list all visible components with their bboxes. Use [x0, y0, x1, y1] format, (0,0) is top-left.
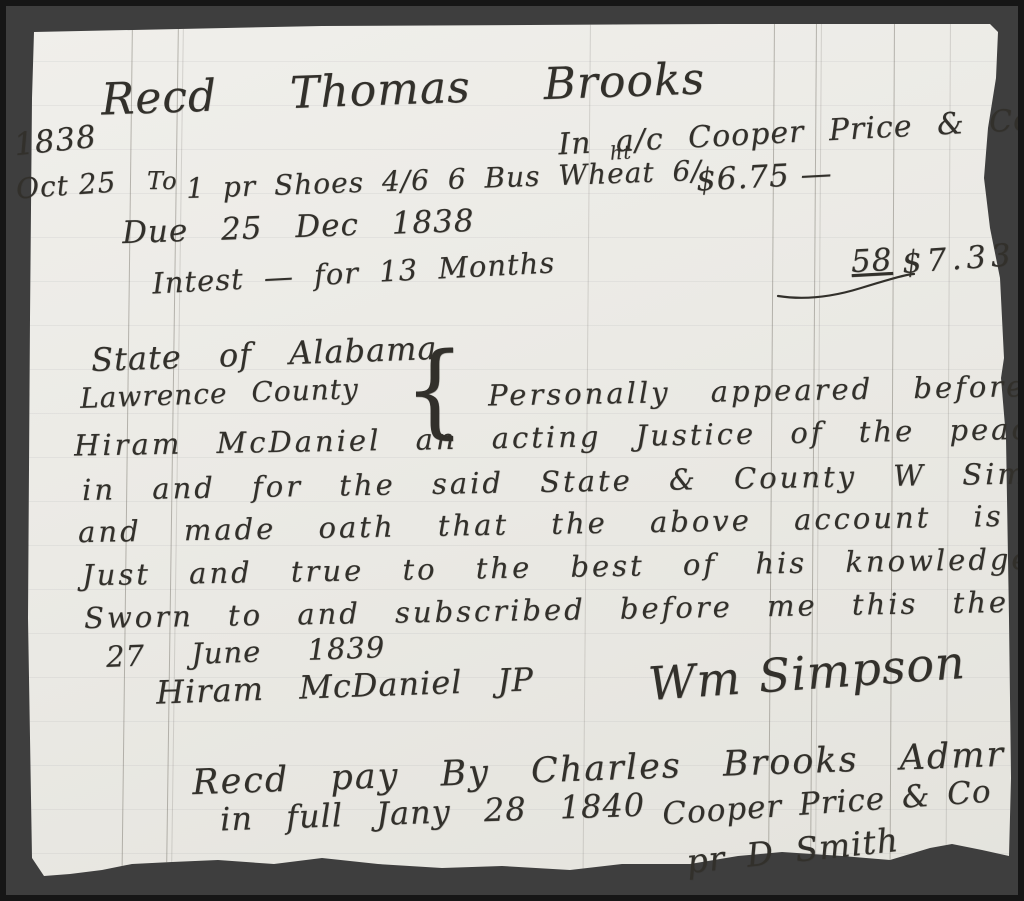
total-amount: $7.33: [901, 240, 1017, 279]
entry-amount: $6.75 —: [695, 158, 833, 196]
account-year: 1838: [13, 122, 99, 161]
affidavit-line-1: Personally appeared before me: [488, 371, 1024, 411]
document-scan: Recd Thomas Brooks 1838 In a/c Cooper Pr…: [0, 0, 1024, 901]
underline-flourish: [776, 268, 916, 302]
entry-date: Oct 25: [15, 169, 117, 204]
entry-to-marker: To: [147, 169, 178, 193]
entry-item-superscript: ht: [609, 143, 632, 163]
